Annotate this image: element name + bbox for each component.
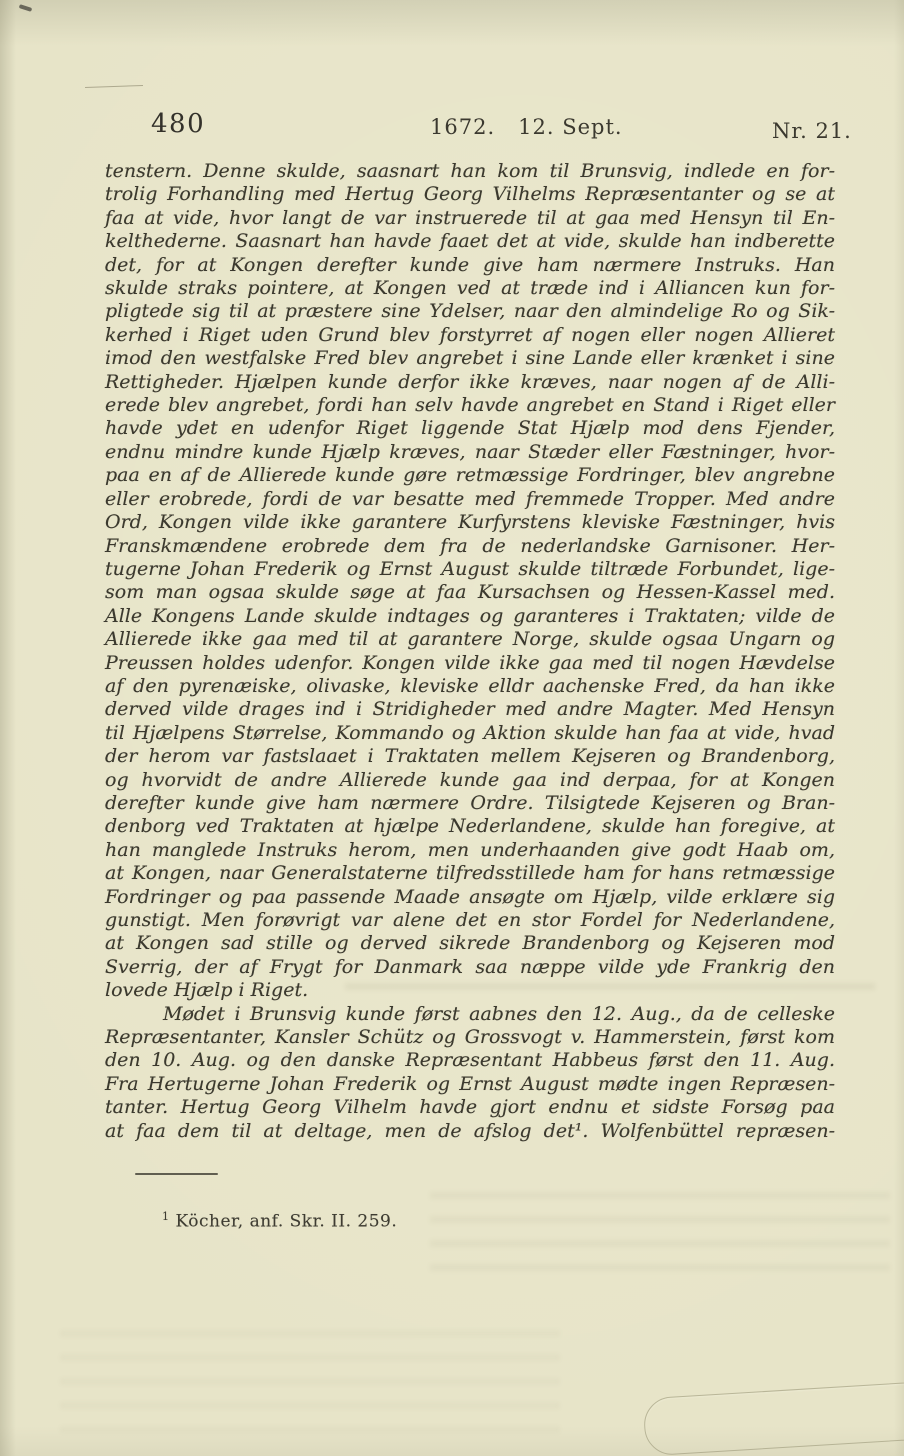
text-line: pligtede sig til at præstere sine Ydelse…: [105, 300, 835, 323]
page-number: 480: [151, 109, 205, 139]
text-line: derved vilde drages ind i Stridigheder m…: [105, 698, 835, 721]
footnote-marker: 1: [162, 1210, 170, 1223]
text-line: der herom var fastslaaet i Traktaten mel…: [105, 745, 835, 768]
text-line: som man ogsaa skulde søge at faa Kursach…: [105, 581, 835, 604]
footnote: 1Köcher, anf. Skr. II. 259.: [162, 1210, 397, 1232]
text-line: faa at vide, hvor langt de var instruere…: [105, 207, 835, 230]
text-line: kerhed i Riget uden Grund blev forstyrre…: [105, 324, 835, 347]
text-line: trolig Forhandling med Hertug Georg Vilh…: [105, 183, 835, 206]
text-line: Franskmændene erobrede dem fra de nederl…: [105, 535, 835, 558]
text-line: at faa dem til at deltage, men de afslog…: [105, 1120, 835, 1143]
embossed-outline: [643, 1378, 904, 1456]
text-line: havde ydet en udenfor Riget liggende Sta…: [105, 417, 835, 440]
footnote-rule: [135, 1173, 218, 1175]
text-line: Alle Kongens Lande skulde indtages og ga…: [105, 605, 835, 628]
text-line: Fordringer og paa passende Maade ansøgte…: [105, 886, 835, 909]
text-line: gunstigt. Men forøvrigt var alene det en…: [105, 909, 835, 932]
text-line: Rettigheder. Hjælpen kunde derfor ikke k…: [105, 371, 835, 394]
paragraph: tenstern. Denne skulde, saasnart han kom…: [105, 160, 835, 1003]
text-line: at Kongen sad stille og derved sikrede B…: [105, 932, 835, 955]
footnote-text: Köcher, anf. Skr. II. 259.: [176, 1212, 398, 1232]
text-line: skulde straks pointere, at Kongen ved at…: [105, 277, 835, 300]
text-line: det, for at Kongen derefter kunde give h…: [105, 254, 835, 277]
text-line: Preussen holdes udenfor. Kongen vilde ik…: [105, 652, 835, 675]
header-document-number: Nr. 21.: [772, 119, 852, 143]
text-line: derefter kunde give ham nærmere Ordre. T…: [105, 792, 835, 815]
text-line: Fra Hertugerne Johan Frederik og Ernst A…: [105, 1073, 835, 1096]
header-date: 1672. 12. Sept.: [430, 115, 623, 139]
body-text: tenstern. Denne skulde, saasnart han kom…: [105, 160, 835, 1143]
text-line: denborg ved Traktaten at hjælpe Nederlan…: [105, 815, 835, 838]
text-line: tenstern. Denne skulde, saasnart han kom…: [105, 160, 835, 183]
text-line: paa en af de Allierede kunde gøre retmæs…: [105, 464, 835, 487]
text-line: eller erobrede, fordi de var besatte med…: [105, 488, 835, 511]
text-line: endnu mindre kunde Hjælp kræves, naar St…: [105, 441, 835, 464]
text-line: Allierede ikke gaa med til at garantere …: [105, 628, 835, 651]
text-line: til Hjælpens Størrelse, Kommando og Akti…: [105, 722, 835, 745]
text-line: Mødet i Brunsvig kunde først aabnes den …: [105, 1003, 835, 1026]
paragraph: Mødet i Brunsvig kunde først aabnes den …: [105, 1003, 835, 1143]
text-line: den 10. Aug. og den danske Repræsentant …: [105, 1049, 835, 1072]
text-line: og hvorvidt de andre Allierede kunde gaa…: [105, 769, 835, 792]
scanned-book-page: { "document": { "page_number": "480", "h…: [0, 0, 904, 1456]
text-line: imod den westfalske Fred blev angrebet i…: [105, 347, 835, 370]
text-line: Repræsentanter, Kansler Schütz og Grossv…: [105, 1026, 835, 1049]
text-line: at Kongen, naar Generalstaterne tilfreds…: [105, 862, 835, 885]
text-line: Ord, Kongen vilde ikke garantere Kurfyrs…: [105, 511, 835, 534]
text-line: tanter. Hertug Georg Vilhelm havde gjort…: [105, 1096, 835, 1119]
text-line: kelthederne. Saasnart han havde faaet de…: [105, 230, 835, 253]
text-line: lovede Hjælp i Riget.: [105, 979, 835, 1002]
text-line: tugerne Johan Frederik og Ernst August s…: [105, 558, 835, 581]
scratch-mark: [85, 85, 143, 88]
text-line: erede blev angrebet, fordi han selv havd…: [105, 394, 835, 417]
bleedthrough-smudge: [60, 1330, 560, 1440]
text-line: Sverrig, der af Frygt for Danmark saa næ…: [105, 956, 835, 979]
text-line: han manglede Instruks herom, men underha…: [105, 839, 835, 862]
text-line: af den pyrenæiske, olivaske, kleviske el…: [105, 675, 835, 698]
ink-speck: [19, 4, 33, 12]
bleedthrough-smudge: [430, 1192, 890, 1282]
